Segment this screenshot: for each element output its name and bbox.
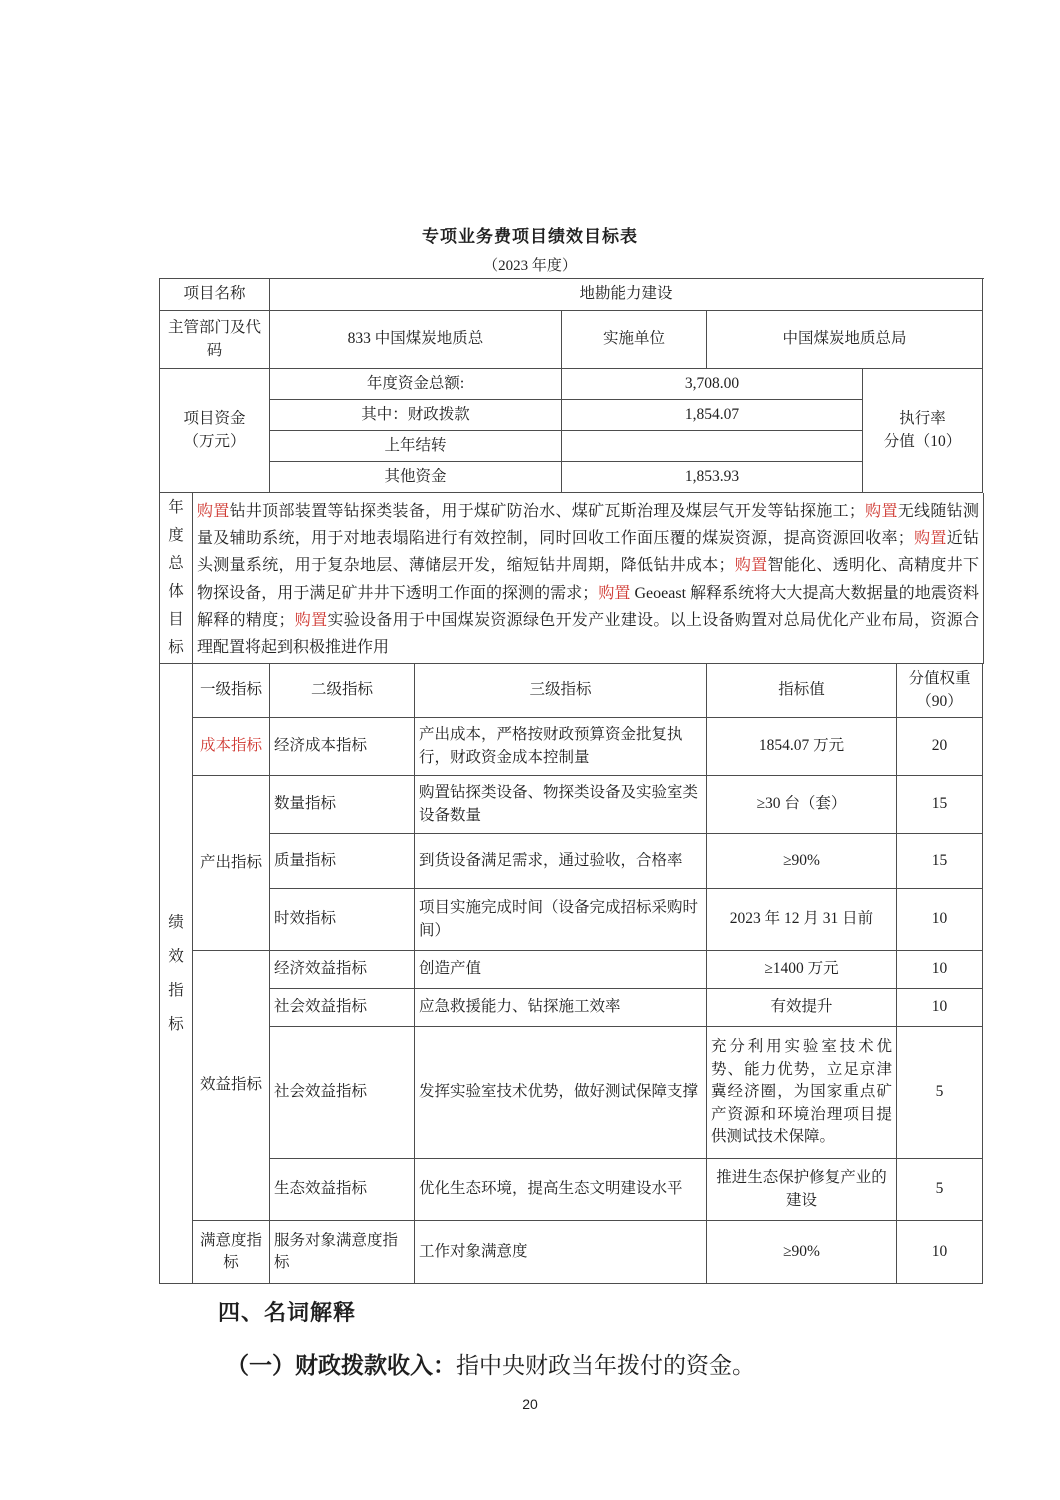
weight-cell: 10 (897, 951, 983, 989)
value-cell: 2023 年 12 月 31 日前 (707, 889, 897, 951)
level1-output: 产出指标 (193, 776, 270, 951)
level3-cell: 优化生态环境，提高生态文明建设水平 (415, 1159, 707, 1221)
level2-cell: 数量指标 (270, 776, 415, 834)
value-cell: 充分利用实验室技术优势、能力优势，立足京津冀经济圈，为国家重点矿产资源和环境治理… (707, 1027, 897, 1159)
level1-cost: 成本指标 (193, 718, 270, 776)
document-subtitle: （2023 年度） (0, 254, 1060, 275)
annual-goal-section: 年度总体目标 购置钻井顶部装置等钻探类装备，用于煤矿防治水、煤矿瓦斯治理及煤层气… (159, 493, 984, 664)
weight-cell: 20 (897, 718, 983, 776)
level3-cell: 购置钻探类设备、物探类设备及实验室类设备数量 (415, 776, 707, 834)
weight-cell: 15 (897, 834, 983, 889)
level3-cell: 发挥实验室技术优势，做好测试保障支撑 (415, 1027, 707, 1159)
project-name-label: 项目名称 (160, 279, 270, 311)
funds-row-value: 3,708.00 (562, 369, 863, 400)
weight-cell: 15 (897, 776, 983, 834)
value-cell: ≥1400 万元 (707, 951, 897, 989)
level2-cell: 生态效益指标 (270, 1159, 415, 1221)
level2-cell: 社会效益指标 (270, 1027, 415, 1159)
value-cell: 有效提升 (707, 989, 897, 1027)
document-page: 专项业务费项目绩效目标表 （2023 年度） 项目名称 地勘能力建设 主管部门及… (0, 0, 1060, 1500)
funds-label: 项目资金 （万元） (160, 369, 270, 493)
value-cell: ≥30 台（套） (707, 776, 897, 834)
annual-goal-text: 购置钻井顶部装置等钻探类装备，用于煤矿防治水、煤矿瓦斯治理及煤层气开发等钻探施工… (193, 493, 984, 664)
value-cell: ≥90% (707, 834, 897, 889)
level3-cell: 产出成本，严格按财政预算资金批复执行，财政资金成本控制量 (415, 718, 707, 776)
glossary-item: （一）财政拨款收入：指中央财政当年拨付的资金。 (226, 1347, 946, 1380)
project-name-value: 地勘能力建设 (270, 279, 983, 311)
indicator-section: 绩效指标 一级指标 二级指标 三级指标 指标值 分值权重（90） 成本指标 经济… (159, 664, 984, 1284)
funds-row-label: 其中：财政拨款 (270, 400, 562, 431)
level1-benefit: 效益指标 (193, 951, 270, 1221)
weight-cell: 10 (897, 1221, 983, 1284)
funds-row-label: 年度资金总额: (270, 369, 562, 400)
glossary-term: （一）财政拨款收入： (226, 1353, 456, 1378)
weight-cell: 5 (897, 1159, 983, 1221)
page-number: 20 (0, 1396, 1060, 1412)
execution-rate-label: 执行率 分值（10） (863, 369, 983, 493)
weight-cell: 5 (897, 1027, 983, 1159)
level2-cell: 服务对象满意度指标 (270, 1221, 415, 1284)
impl-unit-label: 实施单位 (562, 311, 707, 369)
level2-cell: 时效指标 (270, 889, 415, 951)
level2-cell: 经济成本指标 (270, 718, 415, 776)
dept-value: 833 中国煤炭地质总 (270, 311, 562, 369)
funds-row-label: 其他资金 (270, 462, 562, 493)
level2-cell: 经济效益指标 (270, 951, 415, 989)
impl-unit-value: 中国煤炭地质总局 (707, 311, 983, 369)
funds-row-label: 上年结转 (270, 431, 562, 462)
header-level3: 三级指标 (415, 664, 707, 718)
glossary-heading: 四、名词解释 (218, 1296, 356, 1327)
funds-row-value (562, 431, 863, 462)
header-value: 指标值 (707, 664, 897, 718)
header-level2: 二级指标 (270, 664, 415, 718)
level3-cell: 工作对象满意度 (415, 1221, 707, 1284)
dept-label: 主管部门及代码 (160, 311, 270, 369)
level1-satisfaction: 满意度指标 (193, 1221, 270, 1284)
project-info-section: 项目名称 地勘能力建设 主管部门及代码 833 中国煤炭地质总 实施单位 中国煤… (159, 278, 984, 493)
header-level1: 一级指标 (193, 664, 270, 718)
weight-cell: 10 (897, 889, 983, 951)
level3-cell: 项目实施完成时间（设备完成招标采购时间） (415, 889, 707, 951)
annual-goal-side-label: 年度总体目标 (160, 493, 193, 664)
level2-cell: 社会效益指标 (270, 989, 415, 1027)
value-cell: 1854.07 万元 (707, 718, 897, 776)
level2-cell: 质量指标 (270, 834, 415, 889)
funds-row-value: 1,854.07 (562, 400, 863, 431)
value-cell: 推进生态保护修复产业的建设 (707, 1159, 897, 1221)
level3-cell: 创造产值 (415, 951, 707, 989)
level3-cell: 应急救援能力、钻探施工效率 (415, 989, 707, 1027)
funds-row-value: 1,853.93 (562, 462, 863, 493)
level3-cell: 到货设备满足需求，通过验收，合格率 (415, 834, 707, 889)
header-weight: 分值权重（90） (897, 664, 983, 718)
indicator-side-label: 绩效指标 (160, 664, 193, 1284)
performance-target-table: 项目名称 地勘能力建设 主管部门及代码 833 中国煤炭地质总 实施单位 中国煤… (159, 278, 984, 1284)
value-cell: ≥90% (707, 1221, 897, 1284)
weight-cell: 10 (897, 989, 983, 1027)
document-title: 专项业务费项目绩效目标表 (0, 222, 1060, 247)
glossary-definition: 指中央财政当年拨付的资金。 (456, 1353, 755, 1378)
